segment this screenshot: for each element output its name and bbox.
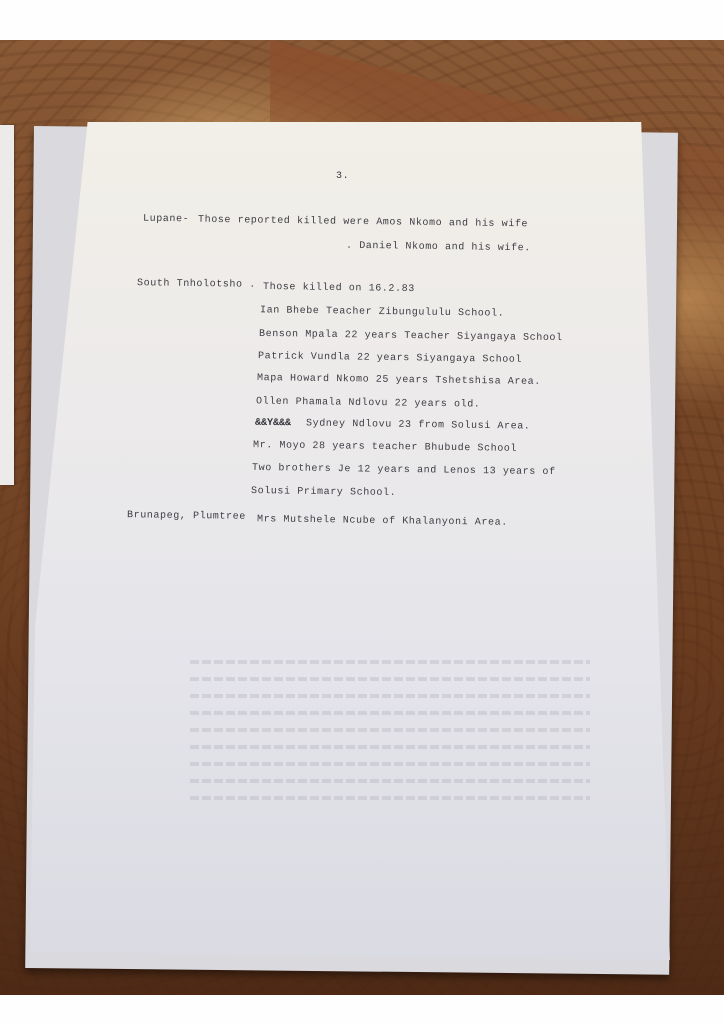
struck-word: &&Y&&& — [255, 419, 291, 430]
section-place-brunapeg: Brunapeg, Plumtree — [127, 511, 246, 523]
section-place-lupane: Lupane- — [143, 215, 189, 226]
page-number: 3. — [336, 172, 349, 182]
adjacent-sheet — [0, 125, 14, 485]
bleed-through-text — [190, 660, 590, 800]
line: Solusi Primary School. — [251, 487, 396, 499]
line: Those killed on 16.2.83 — [263, 283, 415, 295]
section-place-south-tsholotsho: South Tnholotsho . — [137, 279, 256, 291]
